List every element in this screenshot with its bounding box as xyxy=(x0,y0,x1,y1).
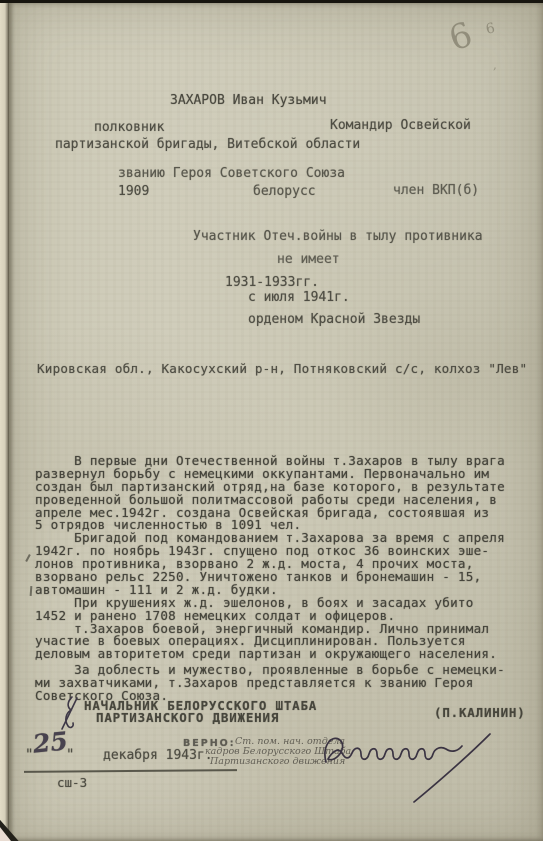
war-participation: Участник Отеч.войны в тылу противника xyxy=(193,230,483,244)
awardee-name: ЗАХАРОВ Иван Кузьмич xyxy=(170,94,327,108)
party-status: член ВКП(б) xyxy=(393,184,479,198)
award-nomination-line: званию Героя Советского Союза xyxy=(118,167,345,181)
document-code: сш-3 xyxy=(57,776,87,790)
wounds-line: не имеет xyxy=(277,253,340,267)
page-left-edge xyxy=(0,3,9,841)
citation-final-paragraph: За доблесть и мужество, проявленные в бо… xyxy=(35,664,505,703)
awardee-position-line1: Командир Освейской xyxy=(330,119,471,133)
citation-paragraphs: В первые дни Отечественной войны т.Захар… xyxy=(35,455,505,661)
pencil-page-number: 6 xyxy=(448,27,473,47)
home-address: Кировская обл., Какосухский р-н, Потняко… xyxy=(37,362,527,376)
previous-awards: орденом Красной Звезды xyxy=(248,313,420,327)
awardee-position-line2: партизанской бригады, Витебской области xyxy=(55,138,360,152)
date-open-quote: " xyxy=(25,748,33,762)
nationality: белорусс xyxy=(253,185,316,199)
partisan-since: с июля 1941г. xyxy=(248,291,350,305)
handwritten-day: 25 xyxy=(32,734,68,752)
awardee-rank: полковник xyxy=(94,121,164,135)
pencil-tick-mark: , xyxy=(493,58,497,72)
signer-name: (П.КАЛИНИН) xyxy=(434,706,526,720)
hq-chief-title-line2: ПАРТИЗАНСКОГО ДВИЖЕНИЯ xyxy=(96,711,279,725)
citation-line: деловым авторитетом среди партизан и окр… xyxy=(35,648,505,661)
date-close-quote: " xyxy=(66,748,74,762)
army-service-years: 1931-1933гг. xyxy=(225,276,319,290)
handwritten-signature xyxy=(318,726,508,806)
birth-year: 1909 xyxy=(118,185,149,199)
date-month-year: декабря 1943г. xyxy=(103,749,213,763)
scanned-award-document: { "page_marker": { "big": "6", "small": … xyxy=(0,0,543,841)
